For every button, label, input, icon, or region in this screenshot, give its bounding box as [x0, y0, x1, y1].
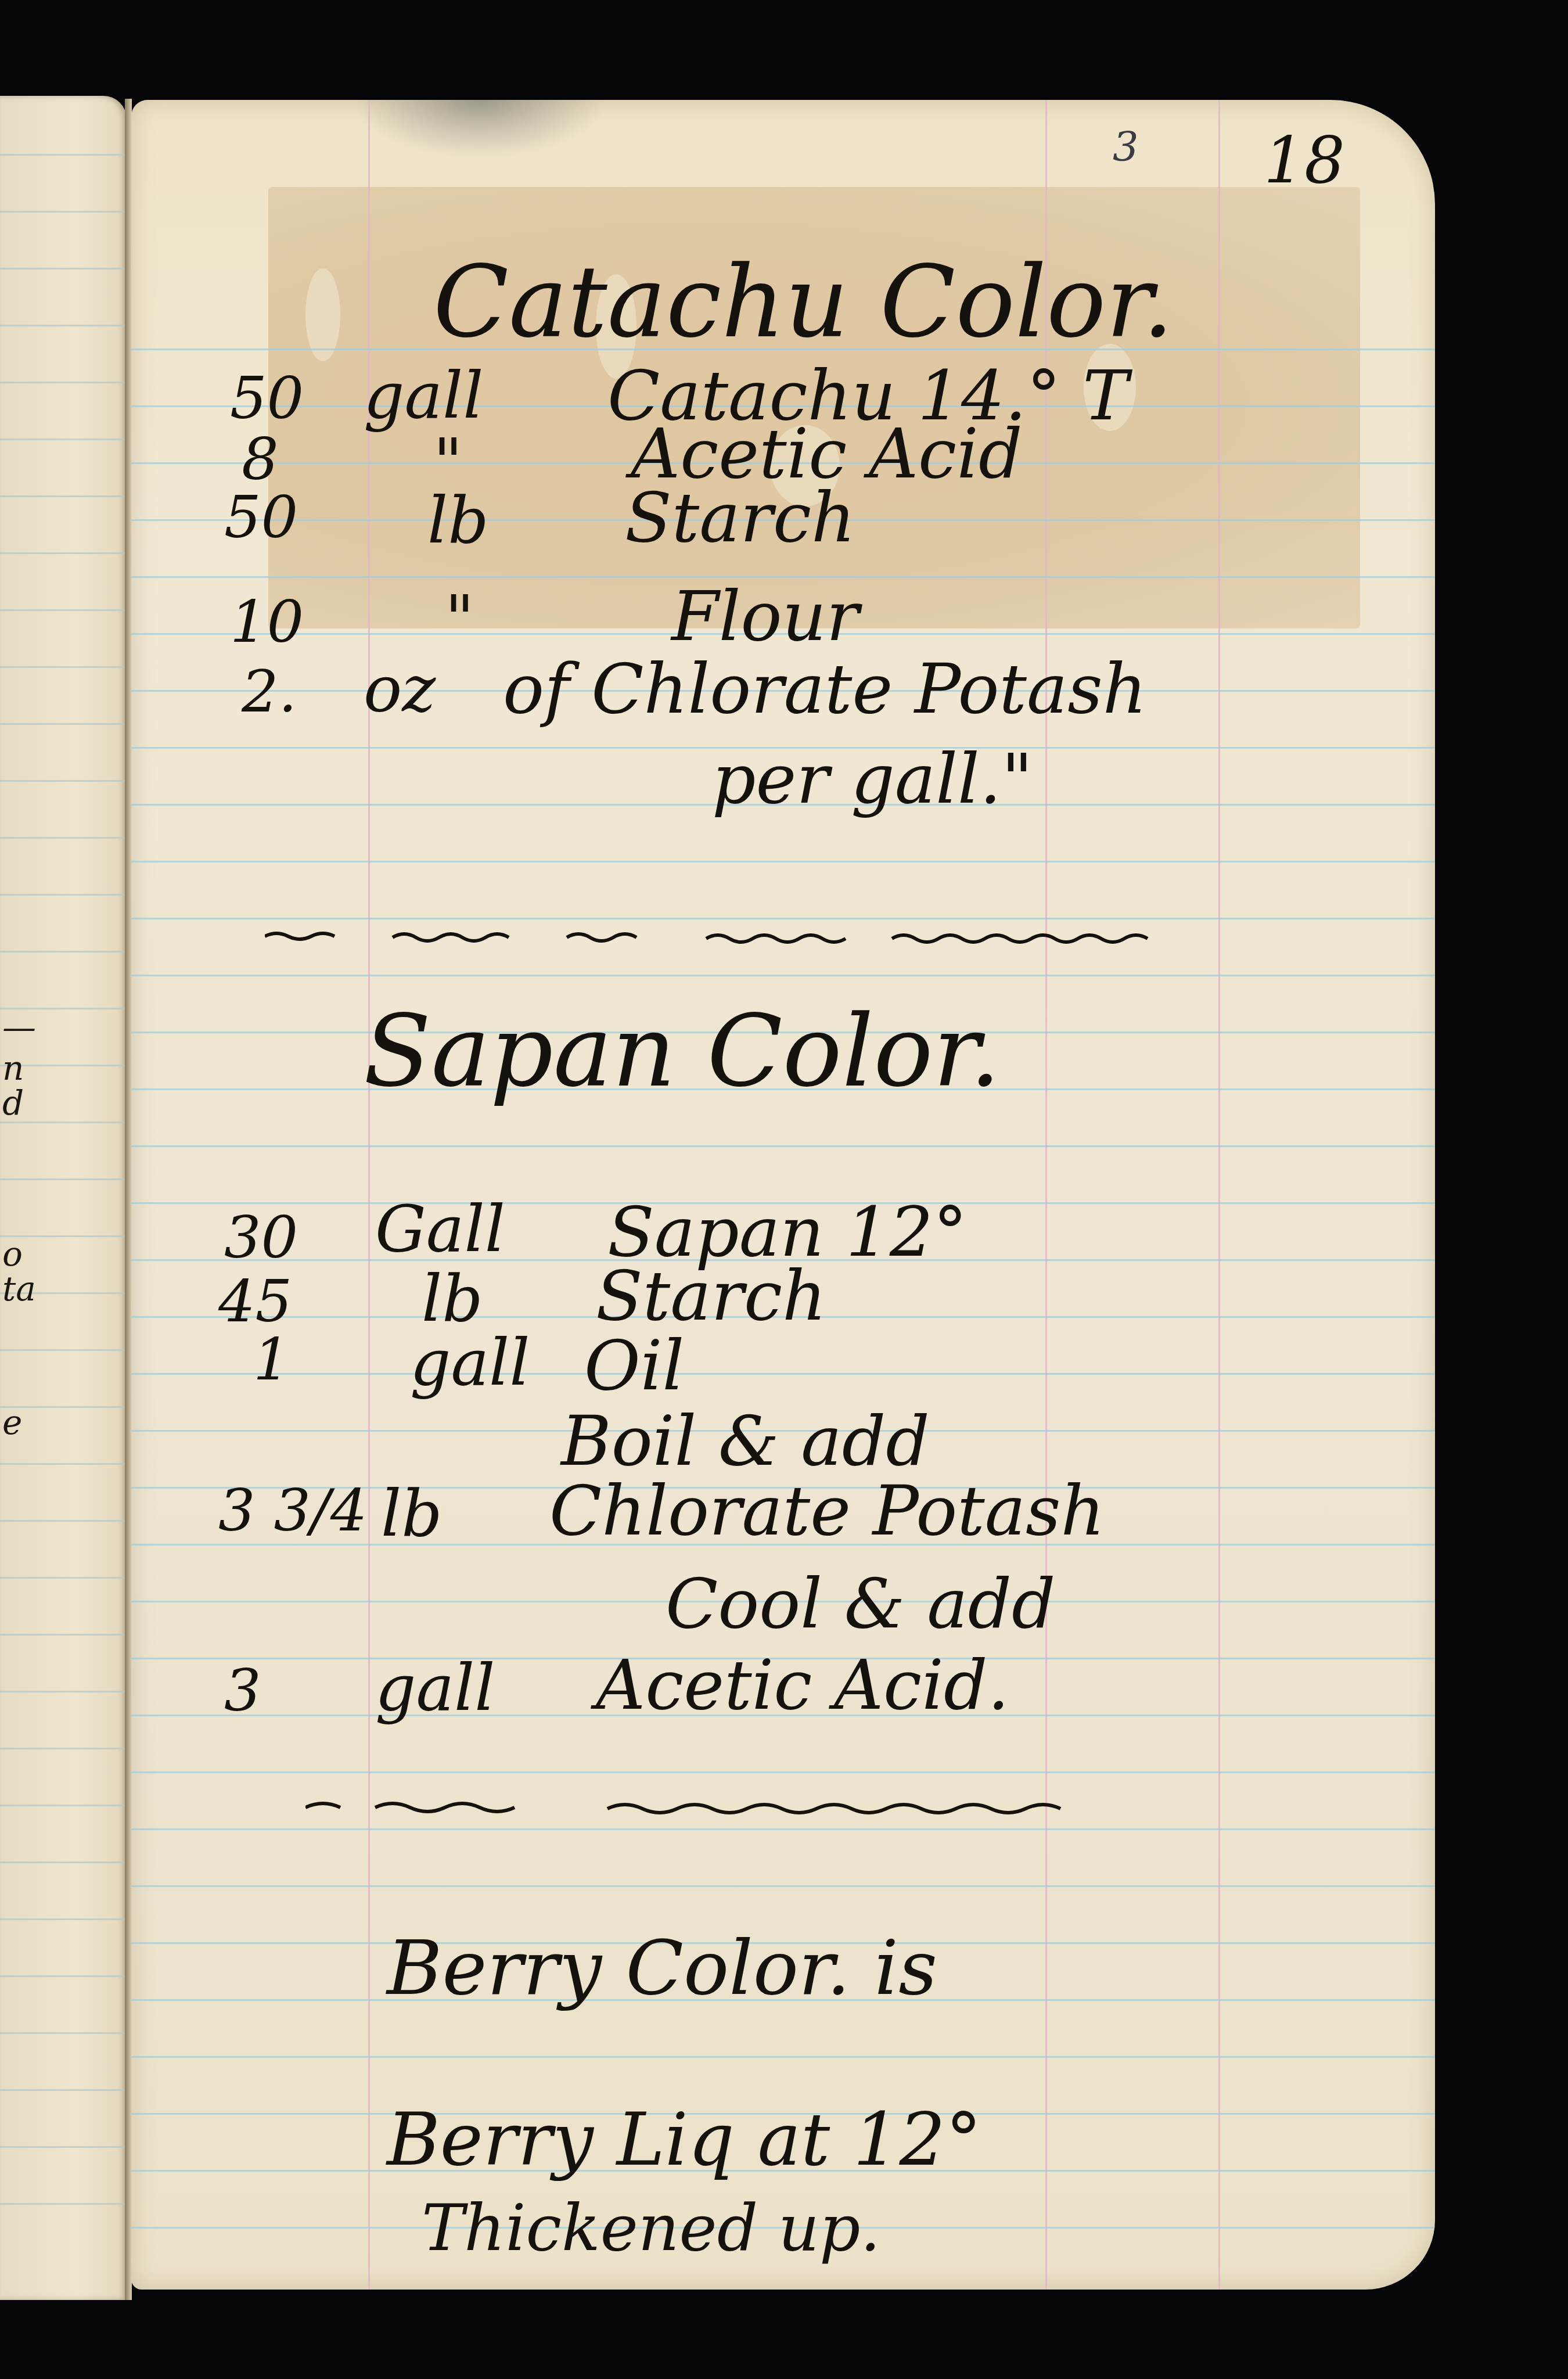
ruled-line — [0, 951, 127, 953]
recipe-unit: gall — [364, 358, 483, 433]
ruled-line — [0, 1748, 127, 1749]
recipe-unit: oz — [364, 652, 436, 726]
ruled-line — [0, 2032, 127, 2034]
ruled-line — [0, 666, 127, 668]
recipe-qty: 3 3/4 — [218, 1476, 367, 1544]
ruled-line — [131, 861, 1435, 863]
ruled-line — [0, 211, 127, 213]
margin-line — [1218, 100, 1220, 2290]
recipe-item: of Chlorate Potash — [503, 649, 1147, 729]
left-page-fragment: — — [2, 1008, 36, 1047]
recipe-unit: Gall — [375, 1192, 505, 1266]
recipe-unit: lb — [422, 1262, 483, 1336]
water-damage-mark — [352, 100, 607, 158]
ruled-line — [0, 1975, 127, 1977]
notebook-page: 18 3 Catachu Color. 50 gall Catachu 14.°… — [131, 100, 1435, 2290]
wavy-divider — [305, 1796, 1177, 1819]
ruled-line — [0, 2146, 127, 2148]
ruled-line — [0, 609, 127, 611]
ruled-line — [0, 837, 127, 839]
ruled-line — [131, 975, 1435, 976]
ruled-line — [0, 495, 127, 497]
ruled-line — [0, 382, 127, 383]
ruled-line — [0, 154, 127, 156]
ruled-line — [131, 2056, 1435, 2058]
ruled-line — [0, 1178, 127, 1180]
recipe-unit: gall — [375, 1651, 495, 1725]
ruled-line — [131, 1373, 1435, 1375]
recipe-title: Catachu Color. — [433, 245, 1174, 360]
recipe-item: Oil — [584, 1325, 684, 1406]
recipe-unit: lb — [381, 1476, 443, 1551]
ruled-line — [0, 723, 127, 725]
left-page-fragment: ta — [2, 1269, 36, 1309]
recipe-item: Flour — [671, 576, 859, 656]
wavy-divider — [265, 925, 1194, 948]
recipe-item: Berry Liq at 12° — [387, 2098, 981, 2182]
ruled-line — [0, 439, 127, 440]
ruled-line — [0, 2203, 127, 2205]
recipe-qty: 2. — [242, 657, 297, 725]
ruled-line — [131, 1885, 1435, 1887]
recipe-qty: 1 — [253, 1325, 290, 1393]
ruled-line — [0, 1349, 127, 1351]
ruled-line — [0, 552, 127, 554]
ruled-line — [0, 1691, 127, 1692]
recipe-qty: 50 — [224, 483, 298, 551]
ruled-line — [0, 2089, 127, 2091]
ruled-line — [0, 1634, 127, 1636]
recipe-step: Cool & add — [666, 1564, 1056, 1644]
recipe-step: Boil & add — [561, 1401, 930, 1481]
recipe-qty: 30 — [224, 1203, 298, 1271]
recipe-item: Starch — [625, 477, 855, 558]
ruled-line — [0, 1520, 127, 1522]
ruled-line — [131, 918, 1435, 919]
pencil-mark: 3 — [1113, 123, 1139, 171]
recipe-title: Sapan Color. — [364, 994, 1001, 1109]
left-page-fragment: n — [2, 1048, 24, 1088]
left-page: — n d o ta e — [0, 96, 127, 2300]
ruled-line — [131, 1145, 1435, 1147]
ruled-line — [0, 894, 127, 896]
left-page-fragment: o — [2, 1234, 23, 1274]
ruled-line — [0, 1577, 127, 1579]
recipe-unit: " — [445, 582, 474, 656]
recipe-title: Berry Color. is — [387, 1924, 937, 2012]
left-page-fragment: e — [2, 1403, 22, 1442]
recipe-qty: 50 — [230, 364, 304, 432]
ruled-line — [131, 1828, 1435, 1830]
left-page-fragment: d — [2, 1083, 24, 1123]
ruled-line — [0, 268, 127, 269]
ruled-line — [0, 780, 127, 782]
recipe-qty: 3 — [224, 1656, 261, 1724]
stain-spot — [305, 268, 340, 361]
ruled-line — [0, 1463, 127, 1465]
ruled-line — [131, 1771, 1435, 1773]
ruled-line — [0, 1861, 127, 1863]
page-number: 18 — [1264, 123, 1345, 197]
recipe-item: Chlorate Potash — [549, 1471, 1105, 1551]
recipe-unit: gall — [410, 1325, 530, 1400]
ruled-line — [0, 325, 127, 326]
recipe-qty: 10 — [230, 588, 304, 656]
recipe-item: Thickened up. — [422, 2191, 880, 2265]
recipe-item: Starch — [596, 1256, 826, 1336]
ruled-line — [0, 1805, 127, 1806]
ruled-line — [0, 1918, 127, 1920]
recipe-item: per gall." — [712, 739, 1033, 819]
recipe-unit: lb — [427, 483, 489, 558]
recipe-item: Acetic Acid. — [596, 1645, 1009, 1725]
